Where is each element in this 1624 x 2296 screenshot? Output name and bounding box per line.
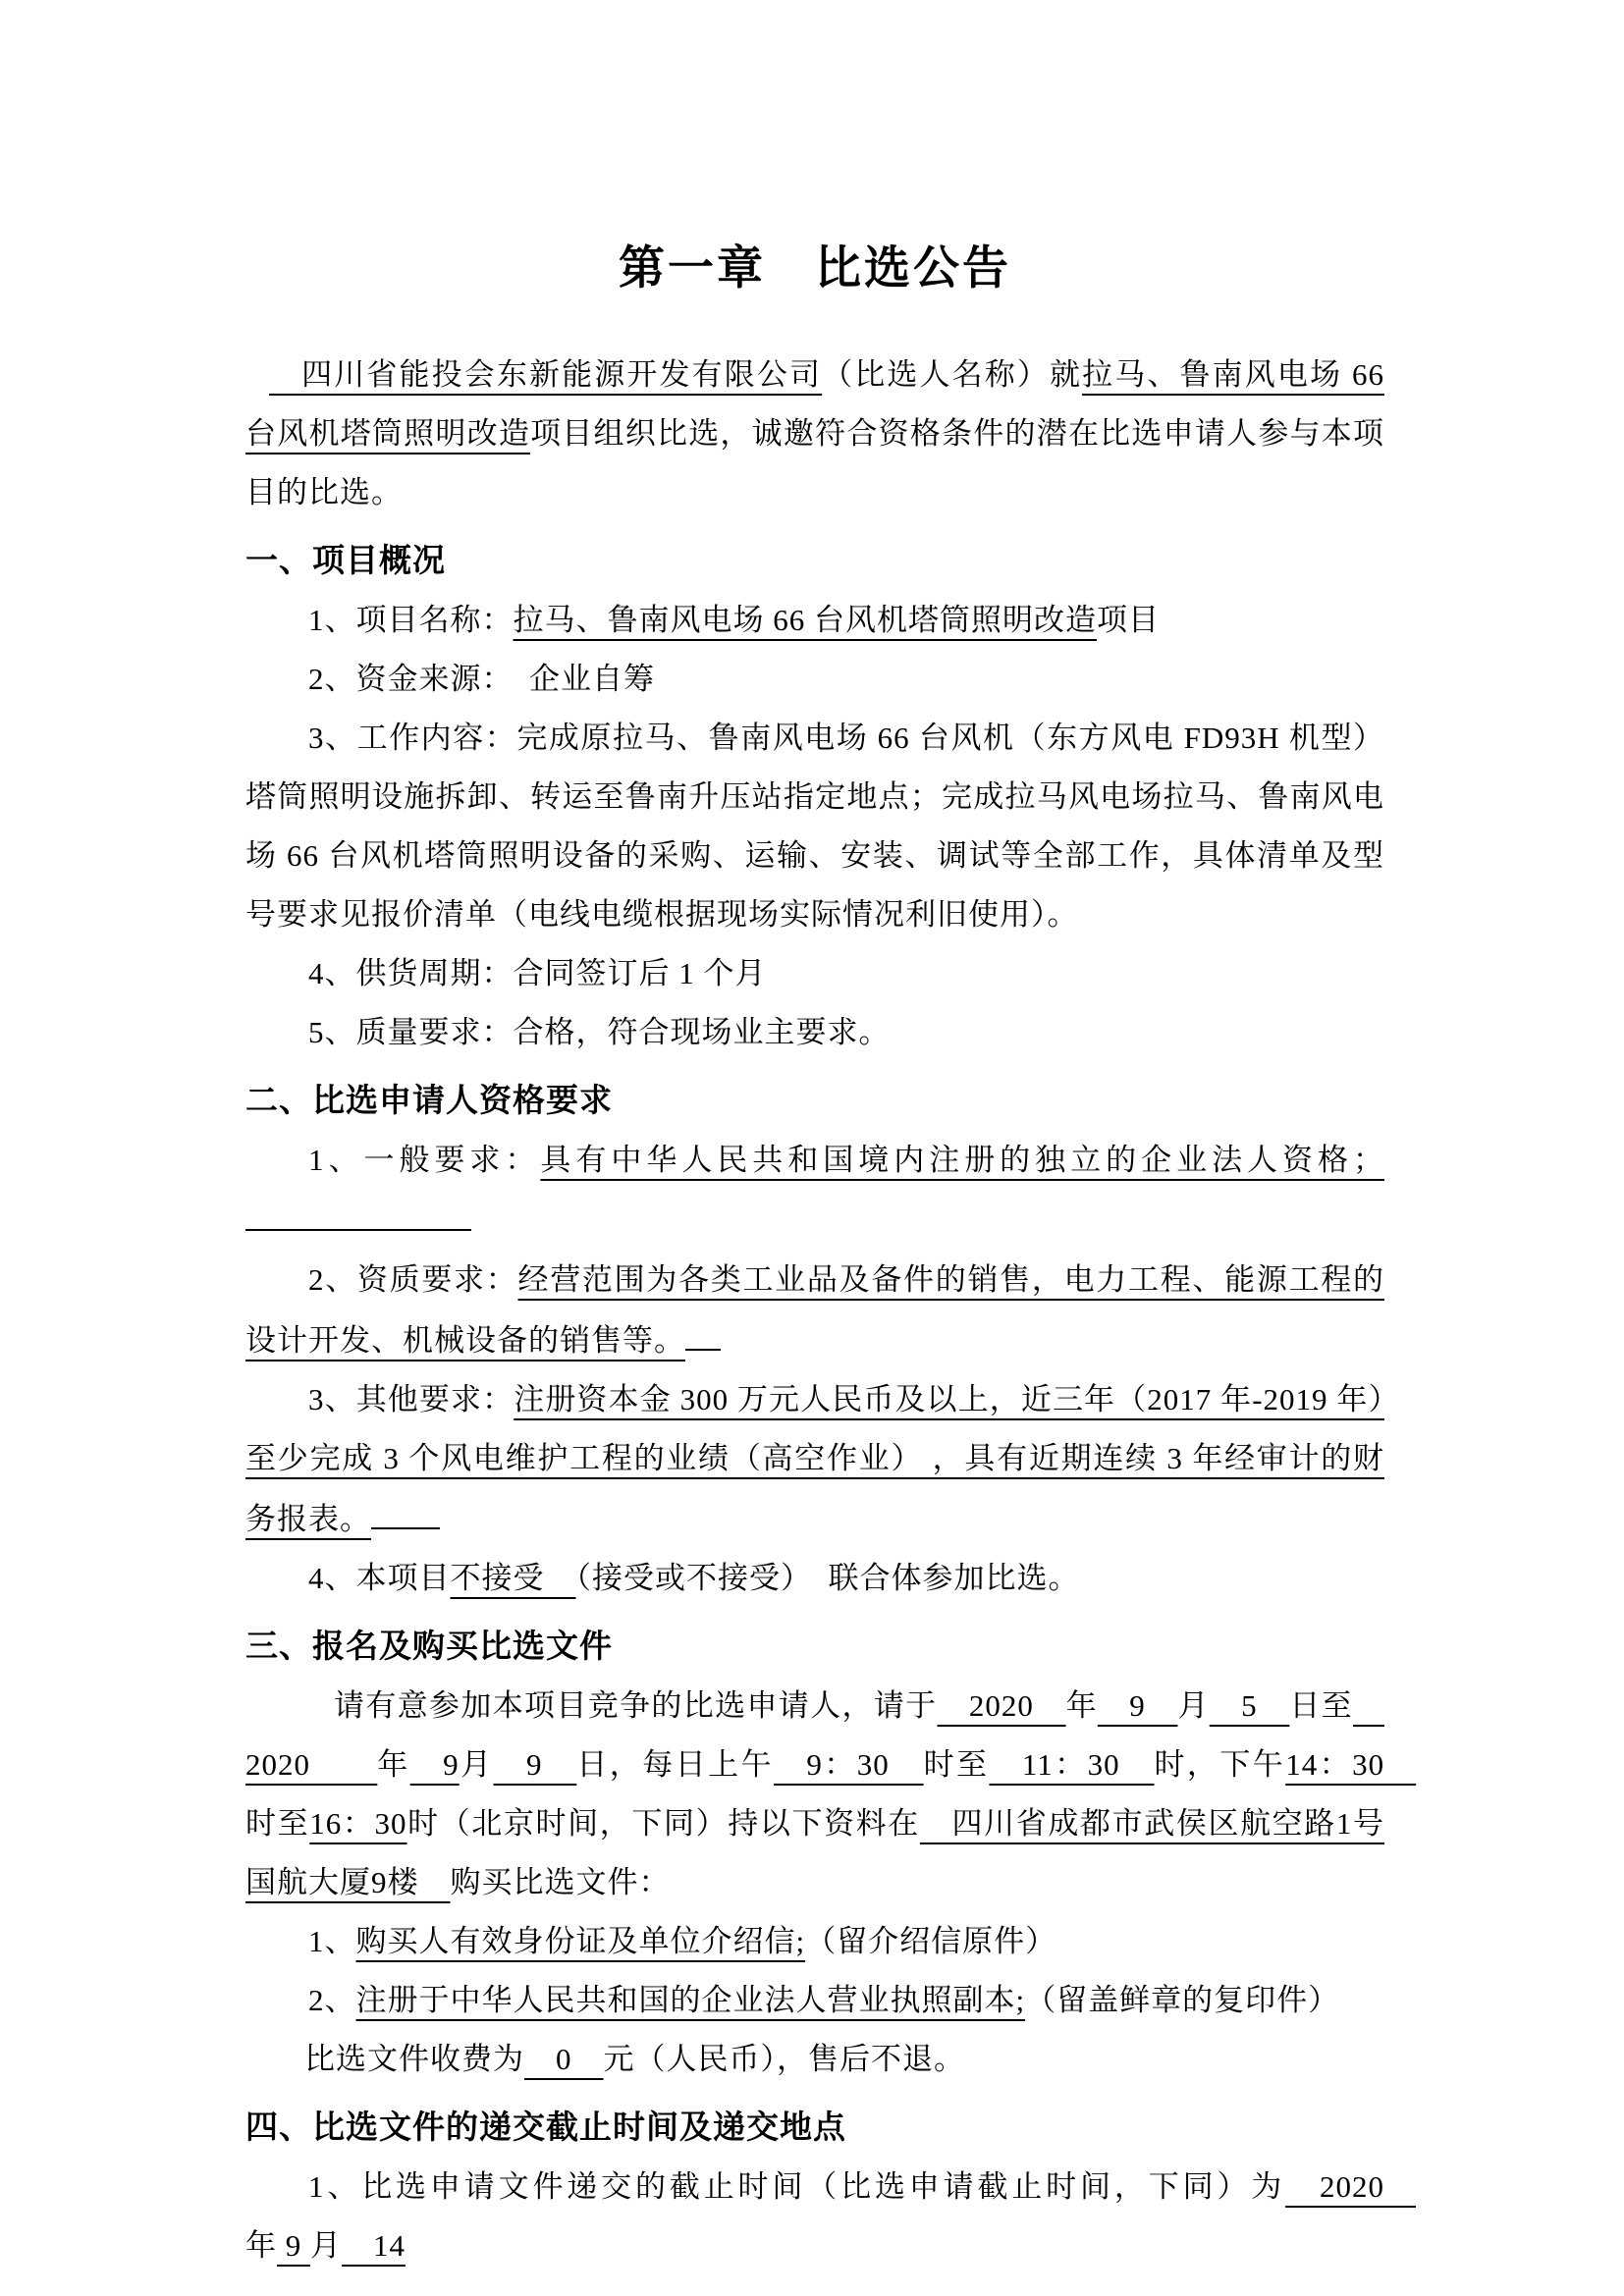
- text-run: 购买比选文件：: [451, 1865, 671, 1899]
- text-run: 时（北京时间，下同）持以下资料在: [406, 1806, 919, 1841]
- underlined-text: 9: [1098, 1688, 1178, 1723]
- document-content: 第一章 比选公告 四川省能投会东新能源开发有限公司（比选人名称）就拉马、鲁南风电…: [245, 234, 1384, 2275]
- text-run: 1、一般要求：: [308, 1143, 540, 1177]
- item-qualification-requirement: 2、资质要求：经营范围为各类工业品及备件的销售，电力工程、能源工程的设计开发、机…: [245, 1251, 1384, 1370]
- underlined-text: 5: [1210, 1688, 1290, 1723]
- text-run: 日，每日上午: [576, 1747, 774, 1782]
- item-consortium: 4、本项目不接受 （接受或不接受） 联合体参加比选。: [245, 1549, 1384, 1608]
- underlined-text: 注册于中华人民共和国的企业法人营业执照副本;: [356, 1983, 1026, 2017]
- text-run: 项目: [1097, 603, 1160, 637]
- text-run: 1、: [308, 1924, 356, 1958]
- text-run: 三、报名及购买比选文件: [245, 1629, 613, 1665]
- text-run: 一、项目概况: [245, 544, 446, 579]
- text-run: 请有意参加本项目竞争的比选申请人，请于: [334, 1688, 938, 1723]
- text-run: 元（人民币），售后不退。: [604, 2042, 966, 2076]
- text-run: 年: [245, 2228, 277, 2263]
- section-4-heading: 四、比选文件的递交截止时间及递交地点: [245, 2099, 1384, 2158]
- item-document-fee: 比选文件收费为 0 元（人民币），售后不退。: [245, 2030, 1384, 2089]
- text-run: 时至: [245, 1806, 309, 1841]
- underlined-text: [685, 1309, 721, 1351]
- underlined-text: [245, 1190, 471, 1231]
- text-run: （接受或不接受） 联合体参加比选。: [576, 1561, 1080, 1595]
- underlined-text: [371, 1488, 440, 1529]
- underlined-text: 2020: [938, 1688, 1066, 1723]
- text-run: 4、本项目: [308, 1561, 451, 1595]
- item-id-letter: 1、购买人有效身份证及单位介绍信;（留介绍信原件）: [245, 1912, 1384, 1971]
- item-work-content: 3、工作内容：完成原拉马、鲁南风电场 66 台风机（东方风电 FD93H 机型）…: [245, 709, 1384, 944]
- intro-paragraph: 四川省能投会东新能源开发有限公司（比选人名称）就拉马、鲁南风电场 66 台风机塔…: [245, 346, 1384, 522]
- text-run: 2、资质要求：: [308, 1262, 517, 1297]
- underlined-text: 四川省能投会东新能源开发有限公司: [269, 357, 822, 392]
- text-run: 二、比选申请人资格要求: [245, 1084, 613, 1119]
- underlined-text: 16：30: [309, 1806, 406, 1841]
- underlined-text: 14: [342, 2228, 406, 2263]
- underlined-text: 9：30: [774, 1747, 924, 1782]
- text-run: 时，下午: [1154, 1747, 1285, 1782]
- text-run: 月: [460, 1747, 494, 1782]
- text-run: 2、: [308, 1983, 356, 2017]
- item-deadline: 1、比选申请文件递交的截止时间（比选申请截止时间，下同）为 2020 年 9 月…: [245, 2158, 1384, 2275]
- registration-paragraph: 请有意参加本项目竞争的比选申请人，请于 2020 年 9 月 5 日至 2020…: [245, 1677, 1384, 1912]
- underlined-text: 购买人有效身份证及单位介绍信;: [356, 1924, 806, 1958]
- text-run: 年: [377, 1747, 409, 1782]
- item-funding-source: 2、资金来源： 企业自筹: [245, 650, 1384, 709]
- text-run: 日至: [1289, 1688, 1353, 1723]
- underlined-text: 具有中华人民共和国境内注册的独立的企业法人资格；: [540, 1143, 1384, 1177]
- underlined-text: 不接受: [451, 1561, 576, 1595]
- text-run: 第一章 比选公告: [619, 243, 1011, 294]
- text-run: （留介绍信原件）: [805, 1924, 1056, 1958]
- item-supply-period: 4、供货周期：合同签订后 1 个月: [245, 944, 1384, 1003]
- underlined-text: 14：30: [1285, 1747, 1416, 1782]
- text-run: （留盖鲜章的复印件）: [1025, 1983, 1339, 2017]
- underlined-text: 9: [410, 1747, 460, 1782]
- underlined-text: 9: [277, 2228, 310, 2263]
- text-run: 比选文件收费为: [304, 2042, 524, 2076]
- text-run: 月: [310, 2228, 342, 2263]
- item-other-requirement: 3、其他要求：注册资本金 300 万元人民币及以上，近三年（2017 年-201…: [245, 1370, 1384, 1549]
- text-run: 月: [1177, 1688, 1209, 1723]
- item-quality-requirement: 5、质量要求：合格，符合现场业主要求。: [245, 1003, 1384, 1062]
- text-run: 年: [1066, 1688, 1098, 1723]
- underlined-text: 11：30: [989, 1747, 1154, 1782]
- text-run: 2、资金来源： 企业自筹: [308, 662, 655, 696]
- section-1-heading: 一、项目概况: [245, 532, 1384, 591]
- section-2-heading: 二、比选申请人资格要求: [245, 1072, 1384, 1131]
- underlined-text: 0: [524, 2042, 604, 2076]
- text-run: 时至: [924, 1747, 990, 1782]
- text-run: 1、比选申请文件递交的截止时间（比选申请截止时间，下同）为: [308, 2169, 1285, 2204]
- item-business-license: 2、注册于中华人民共和国的企业法人营业执照副本;（留盖鲜章的复印件）: [245, 1971, 1384, 2030]
- text-run: 四、比选文件的递交截止时间及递交地点: [245, 2110, 846, 2146]
- underlined-text: 9: [494, 1747, 577, 1782]
- text-run: （比选人名称）就: [822, 357, 1082, 392]
- text-run: 3、其他要求：: [308, 1382, 514, 1416]
- text-run: 3、工作内容：完成原拉马、鲁南风电场 66 台风机（东方风电 FD93H 机型）…: [245, 721, 1384, 932]
- section-3-heading: 三、报名及购买比选文件: [245, 1618, 1384, 1677]
- underlined-text: 拉马、鲁南风电场 66 台风机塔筒照明改造: [514, 603, 1098, 637]
- underlined-text: 2020: [1285, 2169, 1416, 2204]
- item-general-requirement: 1、一般要求：具有中华人民共和国境内注册的独立的企业法人资格；: [245, 1131, 1384, 1251]
- text-run: 5、质量要求：合格，符合现场业主要求。: [308, 1015, 891, 1049]
- document-page: 第一章 比选公告 四川省能投会东新能源开发有限公司（比选人名称）就拉马、鲁南风电…: [0, 0, 1624, 2296]
- text-run: 4、供货周期：合同签订后 1 个月: [308, 956, 767, 990]
- text-run: 1、项目名称：: [308, 603, 514, 637]
- chapter-title: 第一章 比选公告: [245, 234, 1384, 304]
- item-project-name: 1、项目名称：拉马、鲁南风电场 66 台风机塔筒照明改造项目: [245, 591, 1384, 650]
